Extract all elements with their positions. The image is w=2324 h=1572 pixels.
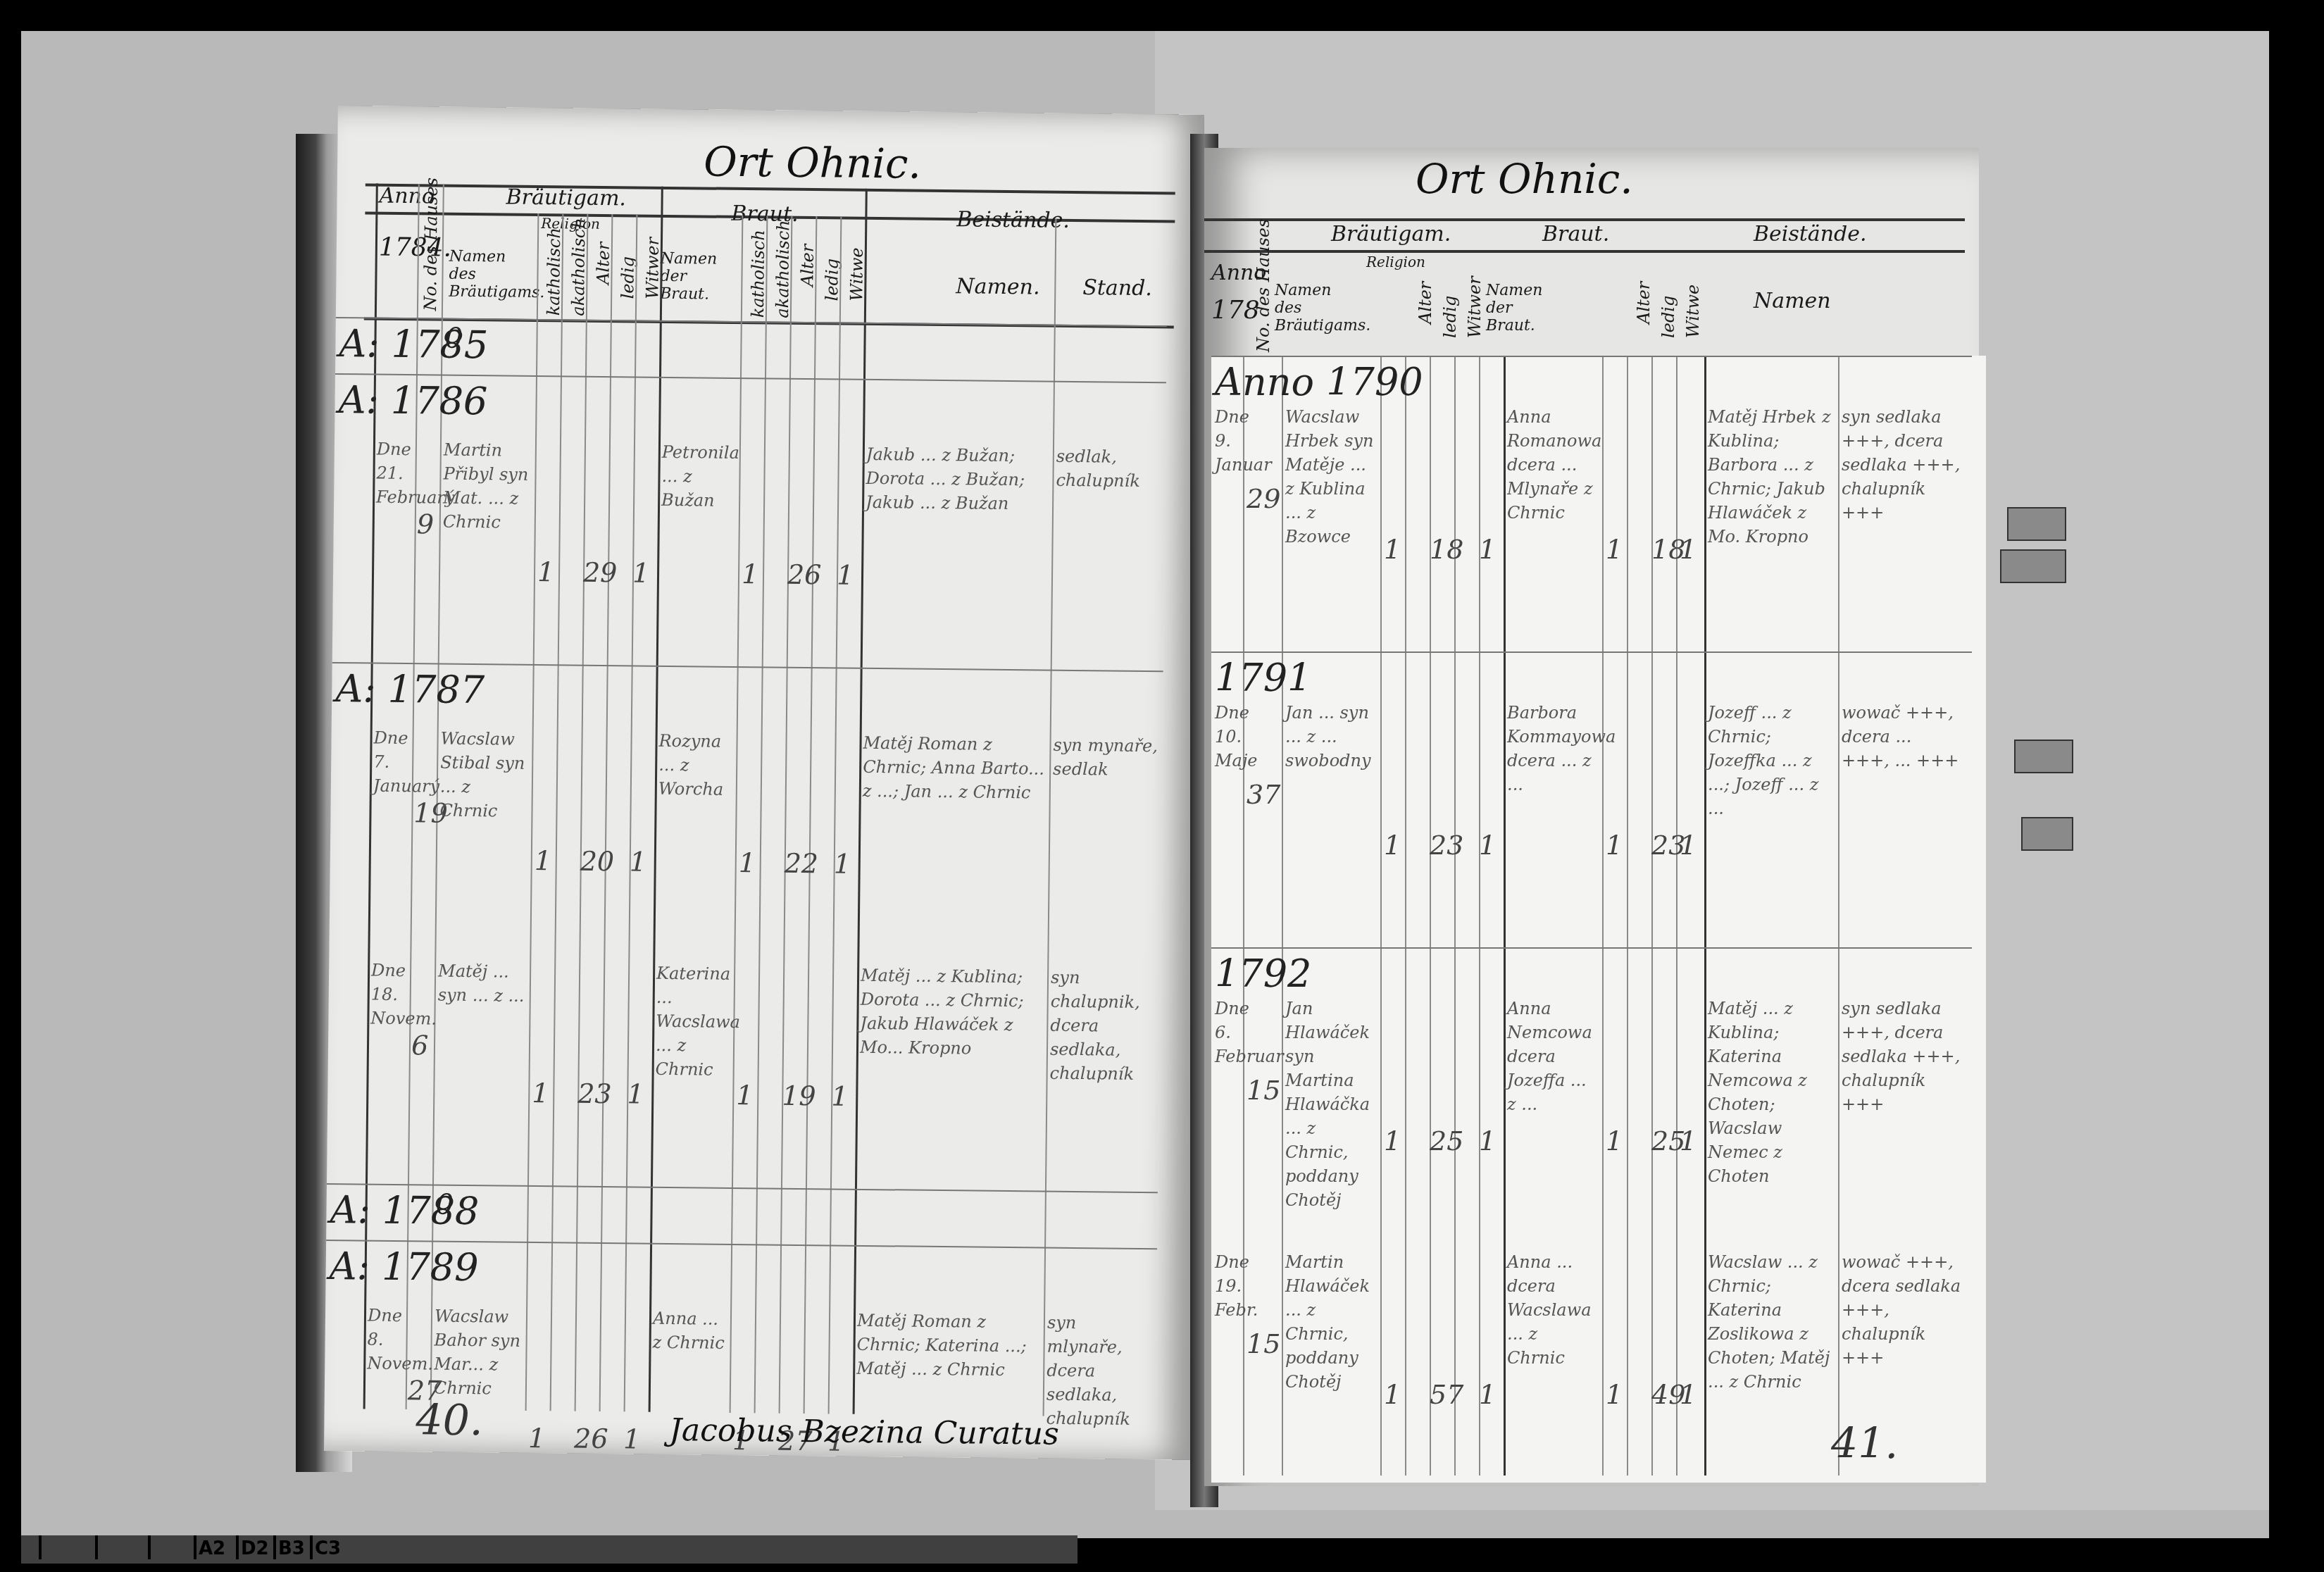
index-tab <box>2000 549 2066 583</box>
register-entry: Dne 6. Februar15Jan Hlawáček syn Martina… <box>1211 990 1972 1243</box>
entry-date: Dne 6. Februar <box>1215 997 1257 1068</box>
entry-witnesses: Jozeff ... z Chrnic; Jozeffka ... z ...;… <box>1708 701 1835 821</box>
entry-groom-religion: 1 <box>535 848 552 872</box>
header-bride-name: Namen der Braut. <box>660 250 738 304</box>
entry-date: Dne 9. Januar <box>1215 405 1257 477</box>
entry-witnesses: Matěj Roman z Chrnic; Katerina ...; Matě… <box>856 1309 1040 1383</box>
entry-witnesses: Jakub ... z Bužan; Dorota ... z Bužan; J… <box>866 442 1049 516</box>
scale-label: B3 <box>278 1538 305 1559</box>
entry-groom-status: 1 <box>1479 833 1496 857</box>
entry-bride: Katerina ... Wacslawa ... z Chrnic <box>656 961 735 1082</box>
entry-groom-religion: 1 <box>1384 1383 1401 1406</box>
entry-date: Dne 18. Novem. <box>370 959 413 1031</box>
entry-bride-religion: 1 <box>1606 1383 1623 1406</box>
entry-bride: Anna ... dcera Wacslawa ... z Chrnic <box>1507 1250 1599 1370</box>
section-rule <box>1211 651 1972 653</box>
entry-witness-status: wowač +++, dcera ... +++, ... +++ <box>1842 701 1961 773</box>
section-rule <box>1211 947 1972 949</box>
header-bride-single: ledig <box>1658 296 1678 338</box>
entry-groom-religion: 1 <box>1384 1129 1401 1153</box>
entry-house-no: 37 <box>1247 782 1280 806</box>
scale-tick <box>236 1535 239 1559</box>
right-page-title: Ort Ohnic. <box>1416 155 1633 203</box>
left-page-number: 40. <box>416 1395 483 1445</box>
section-year: A: 1787 <box>335 666 485 712</box>
entry-bride-religion: 1 <box>739 851 756 875</box>
index-tab <box>2014 740 2073 773</box>
section-year: A: 1785 <box>339 321 488 367</box>
header-bride-age: Alter <box>1634 282 1654 324</box>
header-groom-age: Alter <box>1416 282 1435 324</box>
entry-groom-status: 1 <box>1479 1129 1496 1153</box>
entry-bride-status: 1 <box>831 1084 849 1108</box>
register-entry: Dne 7. Januarý19Wacslaw Stibal syn ... z… <box>329 718 1162 959</box>
header-groom-group: Bräutigam. <box>506 185 626 211</box>
entry-bride: Anna ... z Chrnic <box>652 1306 730 1355</box>
entry-bride-age: 26 <box>787 562 822 587</box>
entry-groom-status: 1 <box>630 849 647 873</box>
entry-bride-religion: 1 <box>1606 833 1623 857</box>
entry-bride: Anna Romanowa dcera ... Mlynaře z Chrnic <box>1507 405 1599 525</box>
entry-witness-status: syn sedlaka +++, dcera sedlaka +++, chal… <box>1842 405 1961 525</box>
entry-bride-age: 19 <box>782 1083 816 1108</box>
section-note: 0 <box>444 323 463 355</box>
entry-bride-status: 1 <box>837 563 854 587</box>
entry-date: Dne 19. Febr. <box>1215 1250 1257 1322</box>
entry-witness-status: syn sedlaka +++, dcera sedlaka +++, chal… <box>1842 997 1961 1116</box>
scale-tick <box>39 1535 42 1559</box>
entry-bride: Rozyna ... z Worcha <box>658 729 737 801</box>
scale-label: D2 <box>241 1538 269 1559</box>
index-tabs <box>2000 507 2078 1042</box>
entry-bride-status: 1 <box>1680 1129 1697 1153</box>
entry-groom: Jan Hlawáček syn Martina Hlawáčka ... z … <box>1285 997 1377 1212</box>
entry-bride-status: 1 <box>1680 537 1697 561</box>
header-house-no: No. des Hauses <box>420 177 442 311</box>
register-entry: Dne 9. Januar29Wacslaw Hrbek syn Matěje … <box>1211 398 1972 651</box>
header-groom-name: Namen des Bräutigams. <box>1275 282 1352 335</box>
entry-witness-status: syn chalupnik, dcera sedlaka, chalupník <box>1049 966 1156 1087</box>
register-entry: Dne 18. Novem.6Matěj ... syn ... z ...12… <box>327 951 1160 1192</box>
entry-witnesses: Matěj Roman z Chrnic; Anna Barto... z ..… <box>863 731 1047 805</box>
entry-groom: Martin Hlawáček ... z Chrnic, poddany Ch… <box>1285 1250 1377 1394</box>
header-bride-group: Braut. <box>1542 222 1609 247</box>
section-rule <box>1211 356 1972 357</box>
entry-groom: Martin Přibyl syn Mat. ... z Chrnic <box>443 438 532 535</box>
entry-groom-religion: 1 <box>1384 833 1401 857</box>
scale-tick <box>148 1535 151 1559</box>
entry-witnesses: Matěj ... z Kublina; Katerina Nemcowa z … <box>1708 997 1835 1188</box>
register-entry: Dne 10. Maje37Jan ... syn ... z ... swob… <box>1211 694 1972 947</box>
entry-groom-status: 1 <box>623 1427 641 1451</box>
entry-date: Dne 10. Maje <box>1215 701 1257 773</box>
entry-witness-status: syn mlynaře, dcera sedlaka, chalupník <box>1046 1311 1153 1432</box>
section-year: A: 1789 <box>329 1244 478 1290</box>
entry-bride-religion: 1 <box>736 1083 754 1106</box>
entry-house-no: 9 <box>417 512 435 536</box>
inserted-register-sheet: Anno 1790Dne 9. Januar29Wacslaw Hrbek sy… <box>1211 356 1986 1483</box>
scale-tick <box>95 1535 98 1559</box>
entry-groom-age: 57 <box>1430 1383 1463 1406</box>
entry-groom-age: 29 <box>583 560 618 585</box>
entry-groom-status: 1 <box>632 561 650 585</box>
entry-bride-religion: 1 <box>1606 1129 1623 1153</box>
index-tab <box>2007 507 2066 541</box>
entry-groom-status: 1 <box>627 1082 644 1106</box>
header-rule-top <box>1204 218 1965 221</box>
section-year: A: 1786 <box>338 378 487 423</box>
header-year: 178 <box>1211 296 1260 325</box>
entry-groom-age: 18 <box>1430 537 1463 561</box>
header-witness-group: Beistände. <box>1754 222 1867 247</box>
entry-witness-status: wowač +++, dcera sedlaka +++, chalupník … <box>1842 1250 1961 1370</box>
entry-date: Dne 21. Februarý <box>376 437 419 510</box>
entry-groom-religion: 1 <box>528 1426 546 1449</box>
entry-groom-age: 20 <box>580 849 615 873</box>
film-border-right <box>2269 0 2324 1572</box>
entry-groom-status: 1 <box>1479 1383 1496 1406</box>
entry-house-no: 29 <box>1247 487 1280 511</box>
scale-tick <box>273 1535 276 1559</box>
header-groom-widower: Witwer <box>1465 276 1485 338</box>
left-page-title: Ort Ohnic. <box>704 137 921 187</box>
scale-tick <box>194 1535 196 1559</box>
header-witness-status: Stand. <box>1082 275 1152 301</box>
entry-bride-status: 1 <box>1680 833 1697 857</box>
entry-groom: Wacslaw Stibal syn ... z Chrnic <box>439 727 528 823</box>
entry-witness-status: sedlak, chalupník <box>1056 444 1162 494</box>
entry-bride-age: 22 <box>785 851 819 875</box>
entry-witnesses: Wacslaw ... z Chrnic; Katerina Zoslikowa… <box>1708 1250 1835 1394</box>
entry-bride-religion: 1 <box>742 562 759 586</box>
entry-groom: Matěj ... syn ... z ... <box>438 959 527 1008</box>
entry-witness-status: syn mynaře, sedlak <box>1053 733 1159 782</box>
entry-witnesses: Matěj ... z Kublina; Dorota ... z Chrnic… <box>860 963 1044 1061</box>
entry-bride: Petronila ... z Bužan <box>661 440 739 513</box>
header-groom-single: ledig <box>1440 296 1460 338</box>
header-house-no: No. des Hauses <box>1254 219 1273 352</box>
entry-bride: Anna Nemcowa dcera Jozeffa ... z ... <box>1507 997 1599 1116</box>
entry-groom: Wacslaw Hrbek syn Matěje ... z Kublina .… <box>1285 405 1377 549</box>
film-scale-strip: A2 D2 B3 C3 <box>21 1535 1077 1564</box>
entry-groom-religion: 1 <box>532 1080 549 1104</box>
header-groom-group: Bräutigam. <box>1331 222 1451 247</box>
header-religion: Religion <box>1366 254 1425 270</box>
entry-groom: Jan ... syn ... z ... swobodny <box>1285 701 1377 773</box>
entry-groom-religion: 1 <box>537 560 555 584</box>
scale-label: C3 <box>315 1538 341 1559</box>
scale-tick <box>310 1535 313 1559</box>
section-year: A: 1788 <box>330 1187 479 1233</box>
entry-groom-age: 25 <box>1430 1129 1463 1153</box>
entry-groom: Wacslaw Bahor syn Mar... z Chrnic <box>434 1304 523 1401</box>
register-entry: Dne 21. Februarý9Martin Přibyl syn Mat. … <box>332 430 1166 670</box>
entry-groom-age: 23 <box>1430 833 1463 857</box>
entry-bride: Barbora Kommayowa dcera ... z ... <box>1507 701 1599 797</box>
curate-signature: Jacobus Bzezina Curatus <box>669 1412 1059 1452</box>
entry-bride-status: 1 <box>1680 1383 1697 1406</box>
section-note: 0 <box>435 1189 454 1221</box>
header-witness-name: Namen <box>1754 289 1831 313</box>
entry-date: Dne 7. Januarý <box>373 726 416 799</box>
entry-groom-age: 23 <box>577 1081 612 1106</box>
index-tab <box>2021 817 2073 851</box>
entry-groom-age: 26 <box>574 1426 608 1451</box>
entry-house-no: 15 <box>1247 1332 1280 1356</box>
left-page: Ort Ohnic. Anno 1784. No. des Hauses Brä… <box>324 106 1204 1460</box>
header-witness-group: Beistände. <box>956 207 1070 233</box>
entry-bride-status: 1 <box>834 851 851 875</box>
entry-groom-religion: 1 <box>1384 537 1401 561</box>
header-groom-name: Namen des Bräutigams. <box>449 248 527 301</box>
entry-house-no: 6 <box>411 1033 429 1057</box>
right-page-number: 41. <box>1831 1419 1898 1468</box>
header-bride-name: Namen der Braut. <box>1486 282 1563 335</box>
entry-date: Dne 8. Novem. <box>367 1304 410 1376</box>
entry-groom-status: 1 <box>1479 537 1496 561</box>
entry-bride-religion: 1 <box>1606 537 1623 561</box>
header-witness-name: Namen. <box>956 274 1040 299</box>
entry-witnesses: Matěj Hrbek z Kublina; Barbora ... z Chr… <box>1708 405 1835 549</box>
header-bride-widow: Witwe <box>1683 285 1703 338</box>
header-rule-mid <box>1204 250 1965 253</box>
entry-house-no: 15 <box>1247 1078 1280 1102</box>
scale-label: A2 <box>199 1538 225 1559</box>
